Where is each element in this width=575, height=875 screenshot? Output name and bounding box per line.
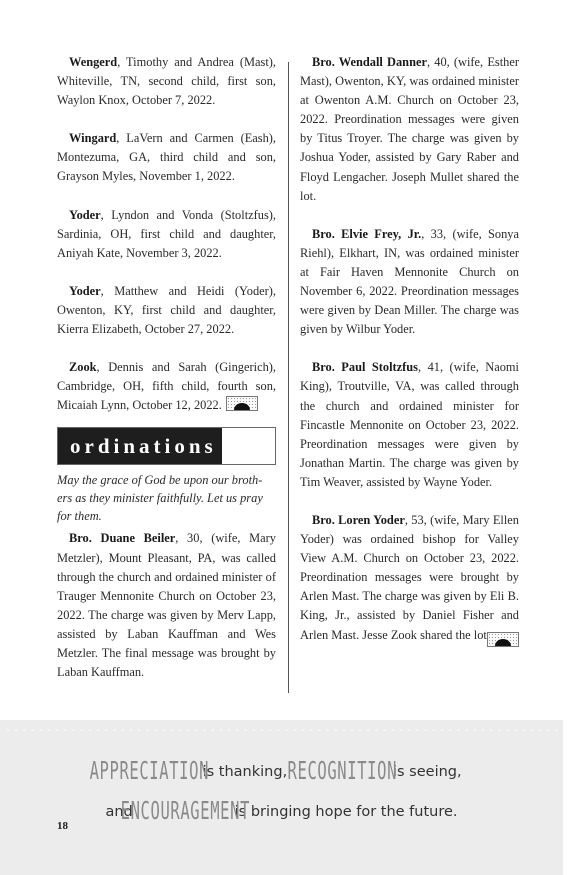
birth-entry: Zook, Dennis and Sarah (Gingerich), Camb… xyxy=(57,358,276,415)
birth-entry: Yoder, Lyndon and Vonda (Stoltzfus), Sar… xyxy=(57,206,276,263)
quote-line-2: and ENCOURAGEMENT is bringing hope for t… xyxy=(0,796,563,825)
ordination-entry: Bro. Paul Stoltzfus, 41, (wife, Naomi Ki… xyxy=(300,358,519,492)
right-column: Bro. Wendall Danner, 40, (wife, Esther M… xyxy=(300,53,519,645)
quote-keyword: RECOGNITION xyxy=(287,756,396,785)
sunrise-end-mark-icon xyxy=(226,396,258,411)
ordination-entry: Bro. Loren Yoder, 53, (wife, Mary Ellen … xyxy=(300,511,519,645)
ordinations-section-header: ordinations xyxy=(57,427,276,465)
sunrise-end-mark-icon xyxy=(487,632,519,647)
ordination-entry: Bro. Wendall Danner, 40, (wife, Esther M… xyxy=(300,53,519,206)
ordinations-intro: May the grace of God be upon our broth-e… xyxy=(57,471,276,525)
page-number: 18 xyxy=(57,820,68,832)
column-divider xyxy=(288,62,289,693)
section-title-box: ordinations xyxy=(58,428,222,464)
dotted-border xyxy=(4,728,559,732)
section-title: ordinations xyxy=(70,437,217,456)
quote-keyword: APPRECIATION xyxy=(90,756,209,785)
section-title-blank xyxy=(222,428,275,464)
quote-keyword: ENCOURAGEMENT xyxy=(121,796,250,825)
footer-quote-band: APPRECIATION is thanking, RECOGNITION is… xyxy=(0,720,563,875)
left-column: Wengerd, Timothy and Andrea (Mast), Whit… xyxy=(57,53,276,701)
birth-entry: Wengerd, Timothy and Andrea (Mast), Whit… xyxy=(57,53,276,110)
birth-entry: Wingard, LaVern and Carmen (Eash), Monte… xyxy=(57,129,276,186)
birth-entry: Yoder, Matthew and Heidi (Yoder), Owento… xyxy=(57,282,276,339)
ordination-entry: Bro. Elvie Frey, Jr., 33, (wife, Sonya R… xyxy=(300,225,519,340)
ordination-entry: Bro. Duane Beiler, 30, (wife, Mary Metzl… xyxy=(57,529,276,682)
quote-line-1: APPRECIATION is thanking, RECOGNITION is… xyxy=(0,756,563,785)
